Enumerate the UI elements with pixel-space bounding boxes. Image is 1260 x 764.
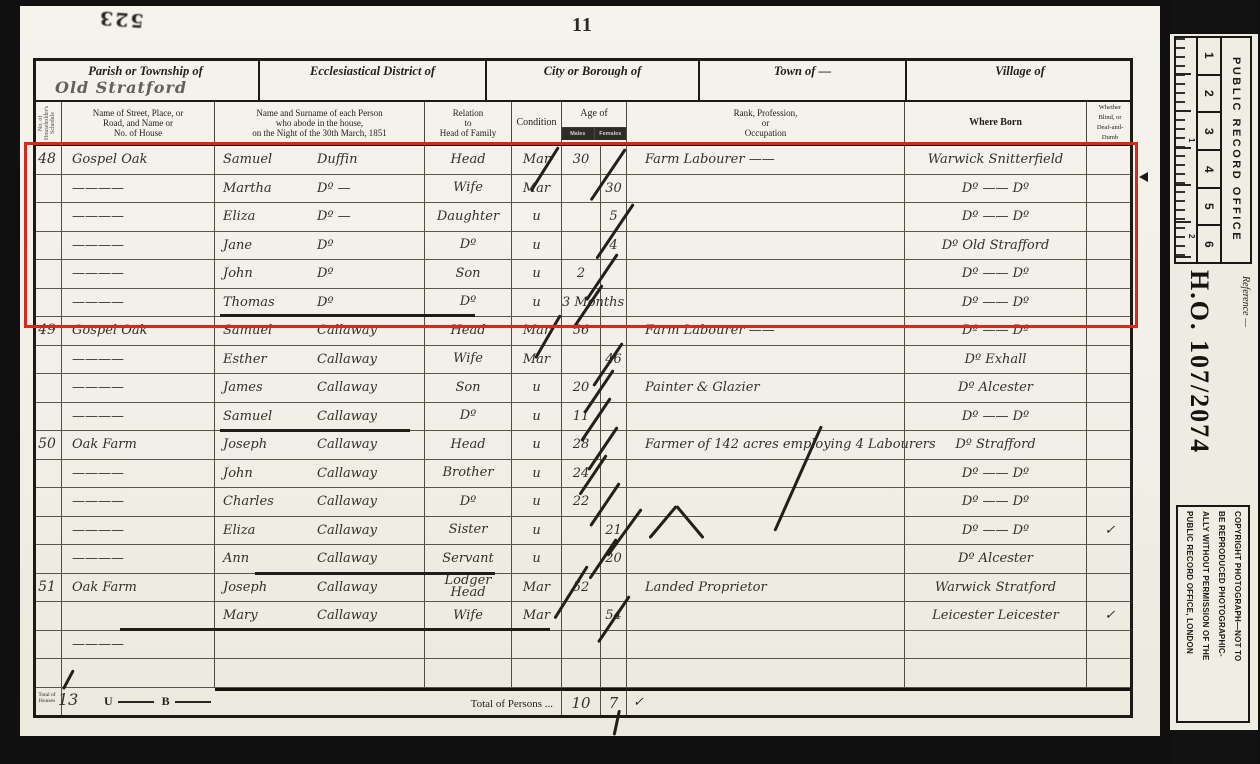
col-header-age-females: Females — [594, 128, 627, 140]
col-header-street: Name of Street, Place, or Road, and Name… — [62, 102, 215, 143]
schedule-cell — [33, 631, 62, 659]
schedule-cell — [33, 659, 62, 687]
total-persons-females: 7 — [601, 691, 627, 715]
census-row: ———— — [33, 631, 1133, 660]
given-name: Joseph — [215, 431, 317, 459]
census-row: Mary Callaway Wife Mar 54 Leicester Leic… — [33, 602, 1133, 631]
census-row: ———— Esther Callaway Wife Mar 46 Dº Exha… — [33, 346, 1133, 375]
given-name: James — [215, 374, 317, 402]
given-name — [215, 659, 317, 687]
film-edge — [1170, 730, 1258, 764]
occupation-cell — [627, 460, 905, 488]
given-name: Mary — [215, 602, 317, 630]
schedule-cell — [33, 374, 62, 402]
given-name: Eliza — [215, 517, 317, 545]
copyright-stamp: COPYRIGHT PHOTOGRAPH—NOT TO BE REPRODUCE… — [1176, 505, 1250, 723]
condition-cell: u — [512, 460, 562, 488]
where-born-cell: Dº —— Dº — [905, 403, 1087, 431]
given-name: Samuel — [215, 403, 317, 431]
remarks-cell — [1087, 431, 1133, 459]
schedule-cell — [33, 346, 62, 374]
remarks-cell — [1087, 631, 1133, 659]
surname: Callaway — [317, 602, 424, 630]
street-cell — [62, 659, 215, 687]
census-row: ———— John Callaway Brother u 24 Dº —— Dº — [33, 460, 1133, 489]
condition-cell: u — [512, 403, 562, 431]
city-borough-label: City or Borough of — [544, 64, 642, 78]
given-name: Charles — [215, 488, 317, 516]
form-header: Parish or Township of Old Stratford Eccl… — [33, 58, 1133, 102]
street-cell: Oak Farm — [62, 431, 215, 459]
census-row: ———— James Callaway Son u 20 Painter & G… — [33, 374, 1133, 403]
name-cell — [215, 631, 425, 659]
relation-cell: Dº — [425, 403, 512, 431]
household-separator — [220, 429, 410, 432]
remarks-cell — [1087, 460, 1133, 488]
where-born-cell: Dº Strafford — [905, 431, 1087, 459]
schedule-cell — [33, 545, 62, 573]
col-header-condition: Condition — [512, 102, 562, 143]
relation-cell — [425, 659, 512, 687]
where-born-cell: Warwick Stratford — [905, 574, 1087, 602]
surname: Callaway — [317, 574, 424, 602]
schedule-cell — [33, 517, 62, 545]
condition-cell — [512, 631, 562, 659]
condition-cell — [512, 659, 562, 687]
where-born-cell: Dº Exhall — [905, 346, 1087, 374]
occupation-cell: Farmer of 142 acres employing 4 Labourer… — [627, 431, 905, 459]
street-cell: Oak Farm — [62, 574, 215, 602]
relation-cell: Head — [425, 431, 512, 459]
surname: Callaway — [317, 346, 424, 374]
where-born-cell: Dº —— Dº — [905, 460, 1087, 488]
where-born-cell — [905, 631, 1087, 659]
total-persons-males: 10 — [562, 691, 601, 715]
surname: Callaway — [317, 488, 424, 516]
condition-cell: u — [512, 545, 562, 573]
relation-cell: Servant — [425, 545, 512, 573]
col-header-relation: Relation to Head of Family — [425, 102, 512, 143]
relation-cell: Son — [425, 374, 512, 402]
schedule-cell — [33, 460, 62, 488]
occupation-cell — [627, 545, 905, 573]
remarks-cell: ✓ — [1087, 517, 1133, 545]
age-male-cell — [562, 659, 601, 687]
parish-value: Old Stratford — [55, 78, 187, 97]
col-header-blind: Whether Blind, or Deaf-and- Dumb — [1087, 102, 1133, 143]
given-name: John — [215, 460, 317, 488]
street-cell: ———— — [62, 460, 215, 488]
total-houses-value: 13 — [58, 690, 78, 709]
col-header-where-born: Where Born — [905, 102, 1087, 143]
condition-cell: u — [512, 374, 562, 402]
ruler-label: 1 — [1187, 138, 1196, 142]
col-header-schedule: No. of Householder's Schedule — [33, 102, 62, 143]
street-cell: ———— — [62, 346, 215, 374]
name-cell: Eliza Callaway — [215, 517, 425, 545]
col-header-name: Name and Surname of each Person who abod… — [215, 102, 425, 143]
ruler: 1 2 — [1176, 38, 1198, 262]
street-cell — [62, 602, 215, 630]
remarks-cell — [1087, 574, 1133, 602]
ecclesiastical-label: Ecclesiastical District of — [310, 64, 435, 78]
surname: Callaway — [317, 460, 424, 488]
name-cell: Ann Callaway — [215, 545, 425, 573]
given-name — [215, 631, 317, 659]
age-female-cell — [601, 574, 627, 602]
total-persons-check: ✓ — [627, 691, 1133, 715]
condition-cell: u — [512, 488, 562, 516]
occupation-cell: Landed Proprietor — [627, 574, 905, 602]
surname: Callaway — [317, 545, 424, 573]
village-field: Village of — [907, 58, 1133, 100]
total-persons-label: Total of Persons ... — [215, 691, 562, 715]
name-cell: James Callaway — [215, 374, 425, 402]
schedule-cell: 50 — [33, 431, 62, 459]
name-cell: Samuel Callaway — [215, 403, 425, 431]
corner-stamp: 523 — [97, 6, 144, 31]
col-header-age-males: Males — [562, 128, 594, 140]
census-row — [33, 659, 1133, 688]
remarks-cell: ✓ — [1087, 602, 1133, 630]
relation-cell: Wife — [425, 346, 512, 374]
public-record-office-label: PUBLIC RECORD OFFICE — [1230, 57, 1242, 242]
remarks-cell — [1087, 374, 1133, 402]
occupation-cell — [627, 346, 905, 374]
surname — [317, 631, 424, 659]
surname: Callaway — [317, 431, 424, 459]
pro-reference-strip: 1 2 1 2 3 4 5 6 PUBLIC RECORD OFFICE Ref… — [1170, 0, 1258, 764]
town-label: Town of — — [774, 64, 831, 78]
occupation-cell — [627, 403, 905, 431]
col-header-occupation: Rank, Profession, or Occupation — [627, 102, 905, 143]
margin-tick — [1139, 172, 1148, 182]
film-edge — [1170, 0, 1258, 34]
relation-cell — [425, 631, 512, 659]
name-cell: Esther Callaway — [215, 346, 425, 374]
census-row: ———— Eliza Callaway Sister u 21 Dº —— Dº… — [33, 517, 1133, 546]
where-born-cell: Dº Alcester — [905, 374, 1087, 402]
name-cell: Charles Callaway — [215, 488, 425, 516]
where-born-cell — [905, 659, 1087, 687]
reference-number: H.O. 107/2074 — [1184, 270, 1214, 454]
reference-label: Reference — — [1240, 276, 1251, 327]
occupation-cell: Painter & Glazier — [627, 374, 905, 402]
surname: Callaway — [317, 403, 424, 431]
schedule-cell — [33, 403, 62, 431]
parish-field: Parish or Township of Old Stratford — [33, 58, 260, 100]
street-cell: ———— — [62, 631, 215, 659]
col-header-age: Age of Males Females — [562, 102, 627, 143]
occupation-cell — [627, 631, 905, 659]
parish-label: Parish or Township of — [88, 64, 203, 78]
schedule-cell — [33, 488, 62, 516]
age-female-cell — [601, 659, 627, 687]
age-female-cell — [601, 460, 627, 488]
household-separator — [120, 628, 550, 631]
column-header-row: No. of Householder's Schedule Name of St… — [33, 102, 1133, 146]
scale-box: 1 2 1 2 3 4 5 6 PUBLIC RECORD OFFICE — [1174, 36, 1252, 264]
name-cell — [215, 659, 425, 687]
street-cell: ———— — [62, 517, 215, 545]
where-born-cell: Leicester Leicester — [905, 602, 1087, 630]
age-male-cell — [562, 346, 601, 374]
relation-cell: Dº — [425, 488, 512, 516]
street-cell: ———— — [62, 545, 215, 573]
age-male-cell: 28 — [562, 431, 601, 459]
schedule-cell — [33, 602, 62, 630]
relation-cell: Sister — [425, 517, 512, 545]
remarks-cell — [1087, 545, 1133, 573]
highlight-box — [24, 142, 1138, 328]
relation-cell: Lodger Head — [425, 574, 512, 602]
street-cell: ———— — [62, 403, 215, 431]
town-field: Town of — — [700, 58, 907, 100]
surname — [317, 659, 424, 687]
condition-cell: u — [512, 431, 562, 459]
relation-cell: Brother — [425, 460, 512, 488]
census-scan-page: 523 11 Parish or Township of Old Stratfo… — [20, 6, 1160, 736]
occupation-cell — [627, 517, 905, 545]
household-separator — [255, 572, 495, 575]
surname: Callaway — [317, 374, 424, 402]
relation-cell: Wife — [425, 602, 512, 630]
uninhabited-building-labels: UB — [104, 694, 219, 709]
remarks-cell — [1087, 403, 1133, 431]
census-row: 51 Oak Farm Joseph Callaway Lodger Head … — [33, 574, 1133, 603]
condition-cell: Mar — [512, 346, 562, 374]
age-male-cell — [562, 631, 601, 659]
scale-numbers: 1 2 3 4 5 6 — [1198, 38, 1222, 262]
name-cell: Mary Callaway — [215, 602, 425, 630]
remarks-cell — [1087, 346, 1133, 374]
village-label: Village of — [995, 64, 1045, 78]
page-number: 11 — [572, 14, 593, 37]
condition-cell: Mar — [512, 574, 562, 602]
schedule-cell: 51 — [33, 574, 62, 602]
name-cell: Joseph Callaway — [215, 431, 425, 459]
city-borough-field: City or Borough of — [487, 58, 700, 100]
census-row: ———— Samuel Callaway Dº u 11 Dº —— Dº — [33, 403, 1133, 432]
given-name: Esther — [215, 346, 317, 374]
occupation-cell — [627, 659, 905, 687]
ecclesiastical-field: Ecclesiastical District of — [260, 58, 487, 100]
occupation-cell — [627, 602, 905, 630]
given-name: Ann — [215, 545, 317, 573]
total-persons-band: Total of Persons ... 10 7 ✓ — [215, 688, 1133, 715]
age-male-cell — [562, 602, 601, 630]
where-born-cell: Dº —— Dº — [905, 517, 1087, 545]
where-born-cell: Dº —— Dº — [905, 488, 1087, 516]
remarks-cell — [1087, 488, 1133, 516]
name-cell: Joseph Callaway — [215, 574, 425, 602]
where-born-cell: Dº Alcester — [905, 545, 1087, 573]
surname: Callaway — [317, 517, 424, 545]
street-cell: ———— — [62, 374, 215, 402]
given-name: Joseph — [215, 574, 317, 602]
reference-section: Reference — H.O. 107/2074 — [1172, 268, 1256, 502]
remarks-cell — [1087, 659, 1133, 687]
name-cell: John Callaway — [215, 460, 425, 488]
ruler-label: 2 — [1187, 234, 1196, 238]
street-cell: ———— — [62, 488, 215, 516]
condition-cell: u — [512, 517, 562, 545]
